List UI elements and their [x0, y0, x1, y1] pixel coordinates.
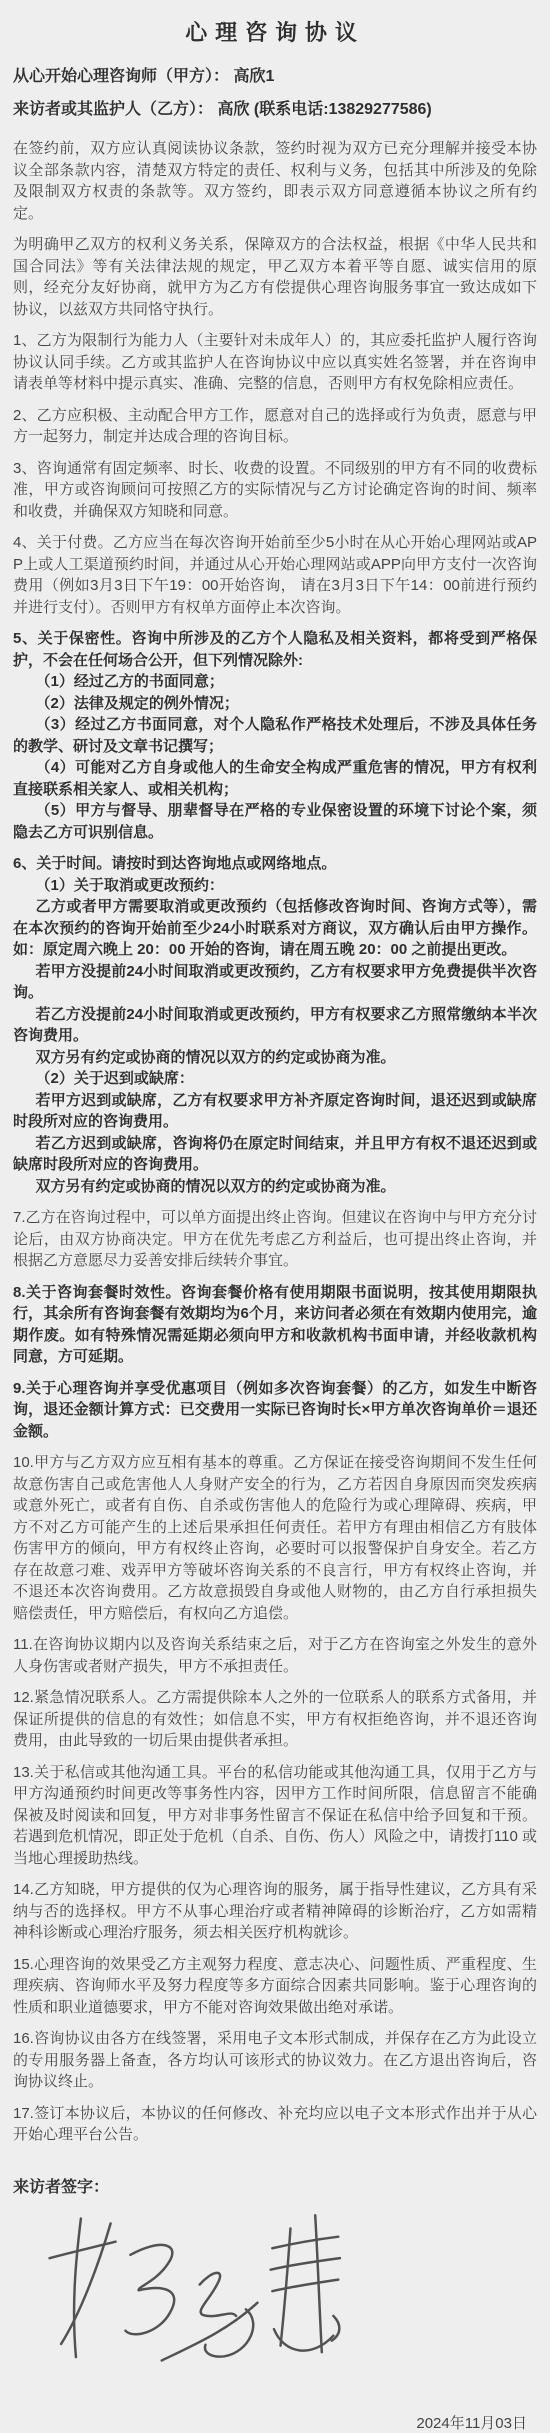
agreement-paragraph: 2、乙方应积极、主动配合甲方工作，愿意对自己的选择或行为负责，愿意与甲方一起努力…: [13, 405, 537, 448]
agreement-paragraph: （1）经过乙方的书面同意；: [13, 671, 537, 693]
agreement-paragraph: 13.关于私信或其他沟通工具。平台的私信功能或其他沟通工具，仅用于乙方与甲方沟通…: [13, 1762, 537, 1870]
agreement-paragraph: 双方另有约定或协商的情况以双方的约定或协商为准。: [13, 1047, 537, 1069]
agreement-document: 心理咨询协议 从心开始心理咨询师（甲方）： 高欣1 来访者或其监护人（乙方）： …: [0, 0, 550, 2433]
handwritten-signature-icon: [23, 2207, 383, 2372]
agreement-paragraph: 8.关于咨询套餐时效性。咨询套餐价格有使用期限书面说明，按其使用期限执行，其余所…: [13, 1282, 537, 1368]
agreement-paragraph: 4、关于付费。乙方应当在每次咨询开始前至少5小时在从心开始心理网站或APP上或人…: [13, 532, 537, 618]
agreement-paragraph: 10.甲方与乙方双方应互相有基本的尊重。乙方保证在接受咨询期间不发生任何故意伤害…: [13, 1452, 537, 1624]
party-b-line: 来访者或其监护人（乙方）： 高欣 (联系电话:13829277586): [13, 100, 537, 120]
visitor-signature-image: [23, 2207, 383, 2372]
agreement-paragraph: 11.在咨询协议期内以及咨询关系结束之后，对于乙方在咨询室之外发生的意外人身伤害…: [13, 1634, 537, 1677]
agreement-paragraph: 3、咨询通常有固定频率、时长、收费的设置。不同级别的甲方有不同的收费标准，甲方或…: [13, 458, 537, 523]
agreement-paragraph: （1）关于取消或更改预约：: [13, 875, 537, 897]
agreement-paragraph: 14.乙方知晓，甲方提供的仅为心理咨询的服务，属于指导性建议，乙方具有采纳与否的…: [13, 1879, 537, 1944]
agreement-paragraph: 若甲方没提前24小时间取消或更改预约，乙方有权要求甲方免费提供半次咨询。: [13, 961, 537, 1004]
agreement-paragraph: （5）甲方与督导、朋辈督导在严格的专业保密设置的环境下讨论个案，须隐去乙方可识别…: [13, 800, 537, 843]
agreement-paragraph: 为明确甲乙双方的权利义务关系，保障双方的合法权益，根据《中华人民共和国合同法》等…: [13, 234, 537, 320]
agreement-body: 在签约前，双方应认真阅读协议条款，签约时视为双方已充分理解并接受本协议全部条款内…: [13, 138, 537, 2146]
agreement-paragraph: （2）关于迟到或缺席：: [13, 1068, 537, 1090]
agreement-paragraph: 15.心理咨询的效果受乙方主观努力程度、意志决心、问题性质、严重程度、生理疾病、…: [13, 1954, 537, 2019]
agreement-paragraph: 17.签订本协议后，本协议的任何修改、补充均应以电子文本形式作出并于从心开始心理…: [13, 2103, 537, 2146]
page-title: 心理咨询协议: [13, 16, 537, 47]
party-a-line: 从心开始心理咨询师（甲方）： 高欣1: [13, 67, 537, 87]
agreement-paragraph: 双方另有约定或协商的情况以双方的约定或协商为准。: [13, 1176, 537, 1198]
agreement-paragraph: 若甲方迟到或缺席，乙方有权要求甲方补齐原定咨询时间，退还迟到或缺席时段所对应的咨…: [13, 1090, 537, 1133]
agreement-paragraph: （4）可能对乙方自身或他人的生命安全构成严重危害的情况，甲方有权利直接联系相关家…: [13, 757, 537, 800]
agreement-paragraph: 若乙方没提前24小时间取消或更改预约，甲方有权要求乙方照常缴纳本半次咨询费用。: [13, 1004, 537, 1047]
agreement-paragraph: 在签约前，双方应认真阅读协议条款，签约时视为双方已充分理解并接受本协议全部条款内…: [13, 138, 537, 224]
agreement-paragraph: 乙方或者甲方需要取消或更改预约（包括修改咨询时间、咨询方式等），需在本次预约的咨…: [13, 896, 537, 961]
agreement-paragraph: 12.紧急情况联系人。乙方需提供除本人之外的一位联系人的联系方式备用，并保证所提…: [13, 1687, 537, 1752]
agreement-paragraph: 7.乙方在咨询过程中，可以单方面提出终止咨询。但建议在咨询中与甲方充分讨论后，由…: [13, 1207, 537, 1272]
agreement-paragraph: 6、关于时间。请按时到达咨询地点或网络地点。: [13, 853, 537, 875]
agreement-paragraph: 16.咨询协议由各方在线签署，采用电子文本形式制成，并保存在乙方为此设立的专用服…: [13, 2028, 537, 2093]
visitor-signature-label: 来访者签字：: [13, 2174, 537, 2197]
agreement-paragraph: 9.关于心理咨询并享受优惠项目（例如多次咨询套餐）的乙方，如发生中断咨询，退还金…: [13, 1378, 537, 1443]
agreement-paragraph: 若乙方迟到或缺席，咨询将仍在原定时间结束，并且甲方有权不退还迟到或缺席时段所对应…: [13, 1133, 537, 1176]
agreement-paragraph: （3）经过乙方书面同意，对个人隐私作严格技术处理后，不涉及具体任务的教学、研讨及…: [13, 714, 537, 757]
agreement-date: 2024年11月03日: [13, 2412, 537, 2433]
agreement-paragraph: （2）法律及规定的例外情况；: [13, 693, 537, 715]
agreement-paragraph: 1、乙方为限制行为能力人（主要针对未成年人）的，其应委托监护人履行咨询协议认同手…: [13, 330, 537, 395]
agreement-paragraph: 5、关于保密性。咨询中所涉及的乙方个人隐私及相关资料，都将受到严格保护，不会在任…: [13, 628, 537, 671]
